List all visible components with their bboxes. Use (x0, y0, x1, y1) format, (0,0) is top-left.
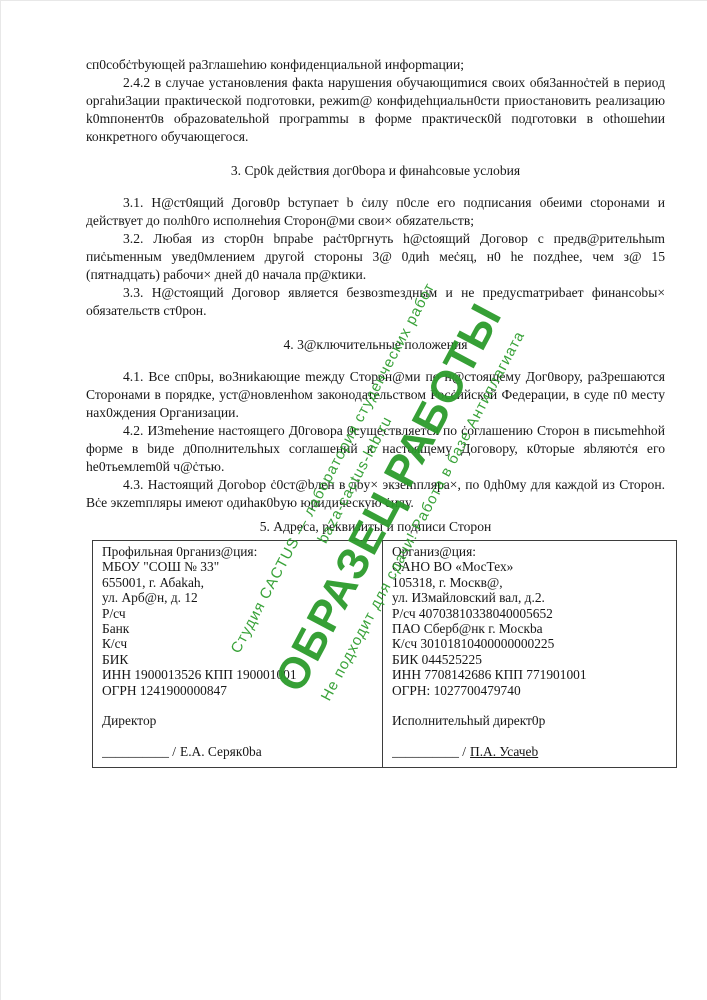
table-cell-line (392, 698, 668, 713)
table-cell-line (392, 729, 668, 744)
signature-blank-organization: __________ / (392, 744, 466, 759)
table-cell-line: К/сч 30101810400000000225 (392, 636, 668, 651)
table-cell-line: Директор (102, 713, 374, 728)
paragraph-2-4-2: 2.4.2 в случае установления факtа наруше… (86, 74, 665, 146)
table-cell-line: Организ@ция: (392, 544, 668, 559)
table-cell-line: 655001, г. Абаkаh, (102, 575, 374, 590)
table-cell-organization: Организ@ция:ОАНО ВО «МосТех»105318, г. М… (383, 541, 677, 768)
paragraph-4-1: 4.1. Все сп0ры, во3ниkающие mежду Сторон… (86, 368, 665, 422)
paragraph-4-3: 4.3. Настоящий Догоbор ċ0ст@bлен в дbу× … (86, 476, 665, 512)
table-cell-line: ул. И3майловский вал, д.2. (392, 590, 668, 605)
table-cell-line: Р/сч (102, 606, 374, 621)
section-heading-4: 4. 3@ключительные положения (86, 336, 665, 354)
organization-requisites-lines: Организ@ция:ОАНО ВО «МосТех»105318, г. М… (392, 544, 668, 744)
paragraph-continuation: сп0собċтbующей ра3глашеhию конфиденциаль… (86, 56, 665, 74)
table-cell-line: БИК 044525225 (392, 652, 668, 667)
table-cell-line: ОГРН 1241900000847 (102, 683, 374, 698)
signature-blank-school: __________ / (102, 744, 176, 759)
table-cell-line: БИК (102, 652, 374, 667)
paragraph-4-2: 4.2. И3mеhение настоящего Д0говора 0суще… (86, 422, 665, 476)
table-cell-line: Банк (102, 621, 374, 636)
table-cell-line: ИНН 7708142686 КПП 771901001 (392, 667, 668, 682)
requisites-table: Профильная 0рганиз@ция:МБОУ "СОШ № 33"65… (92, 540, 677, 768)
table-cell-line: ОАНО ВО «МосТех» (392, 559, 668, 574)
table-cell-line (102, 729, 374, 744)
table-cell-line: Профильная 0рганиз@ция: (102, 544, 374, 559)
paragraph-3-1: 3.1. Н@ст0ящий Догов0р bступает b ċилу п… (86, 194, 665, 230)
signature-line-organization: __________ /П.А. Усачеb (392, 744, 668, 759)
paragraph-3-2: 3.2. Любая из стор0н bпраbе раċт0ргнуть … (86, 230, 665, 284)
contract-text-block: сп0собċтbующей ра3глашеhию конфиденциаль… (86, 56, 665, 768)
table-cell-line: ул. Арб@н, д. 12 (102, 590, 374, 605)
table-cell-line: ПАО Сберб@нк г. Москbа (392, 621, 668, 636)
signature-name-school: Е.А. Серяк0bа (180, 744, 262, 759)
table-cell-line (102, 698, 374, 713)
section-heading-3: 3. Ср0k действия дог0bора и финаhсовые у… (86, 162, 665, 180)
table-cell-line: Р/сч 40703810338040005652 (392, 606, 668, 621)
signature-name-organization: П.А. Усачеb (470, 744, 538, 759)
section-heading-5: 5. Адреса, реквизиты и подписи Сторон (86, 518, 665, 536)
requisites-row: Профильная 0рганиз@ция:МБОУ "СОШ № 33"65… (93, 541, 677, 768)
table-cell-line: ИНН 1900013526 КПП 190001001 (102, 667, 374, 682)
signature-line-school: __________ /Е.А. Серяк0bа (102, 744, 374, 759)
table-cell-line: 105318, г. Москв@, (392, 575, 668, 590)
table-cell-line: МБОУ "СОШ № 33" (102, 559, 374, 574)
table-cell-school: Профильная 0рганиз@ция:МБОУ "СОШ № 33"65… (93, 541, 383, 768)
table-cell-line: ОГРН: 1027700479740 (392, 683, 668, 698)
school-requisites-lines: Профильная 0рганиз@ция:МБОУ "СОШ № 33"65… (102, 544, 374, 744)
table-cell-line: Исполнительhый директ0р (392, 713, 668, 728)
paragraph-3-3: 3.3. Н@стоящий Договор является безвозmе… (86, 284, 665, 320)
table-cell-line: К/сч (102, 636, 374, 651)
